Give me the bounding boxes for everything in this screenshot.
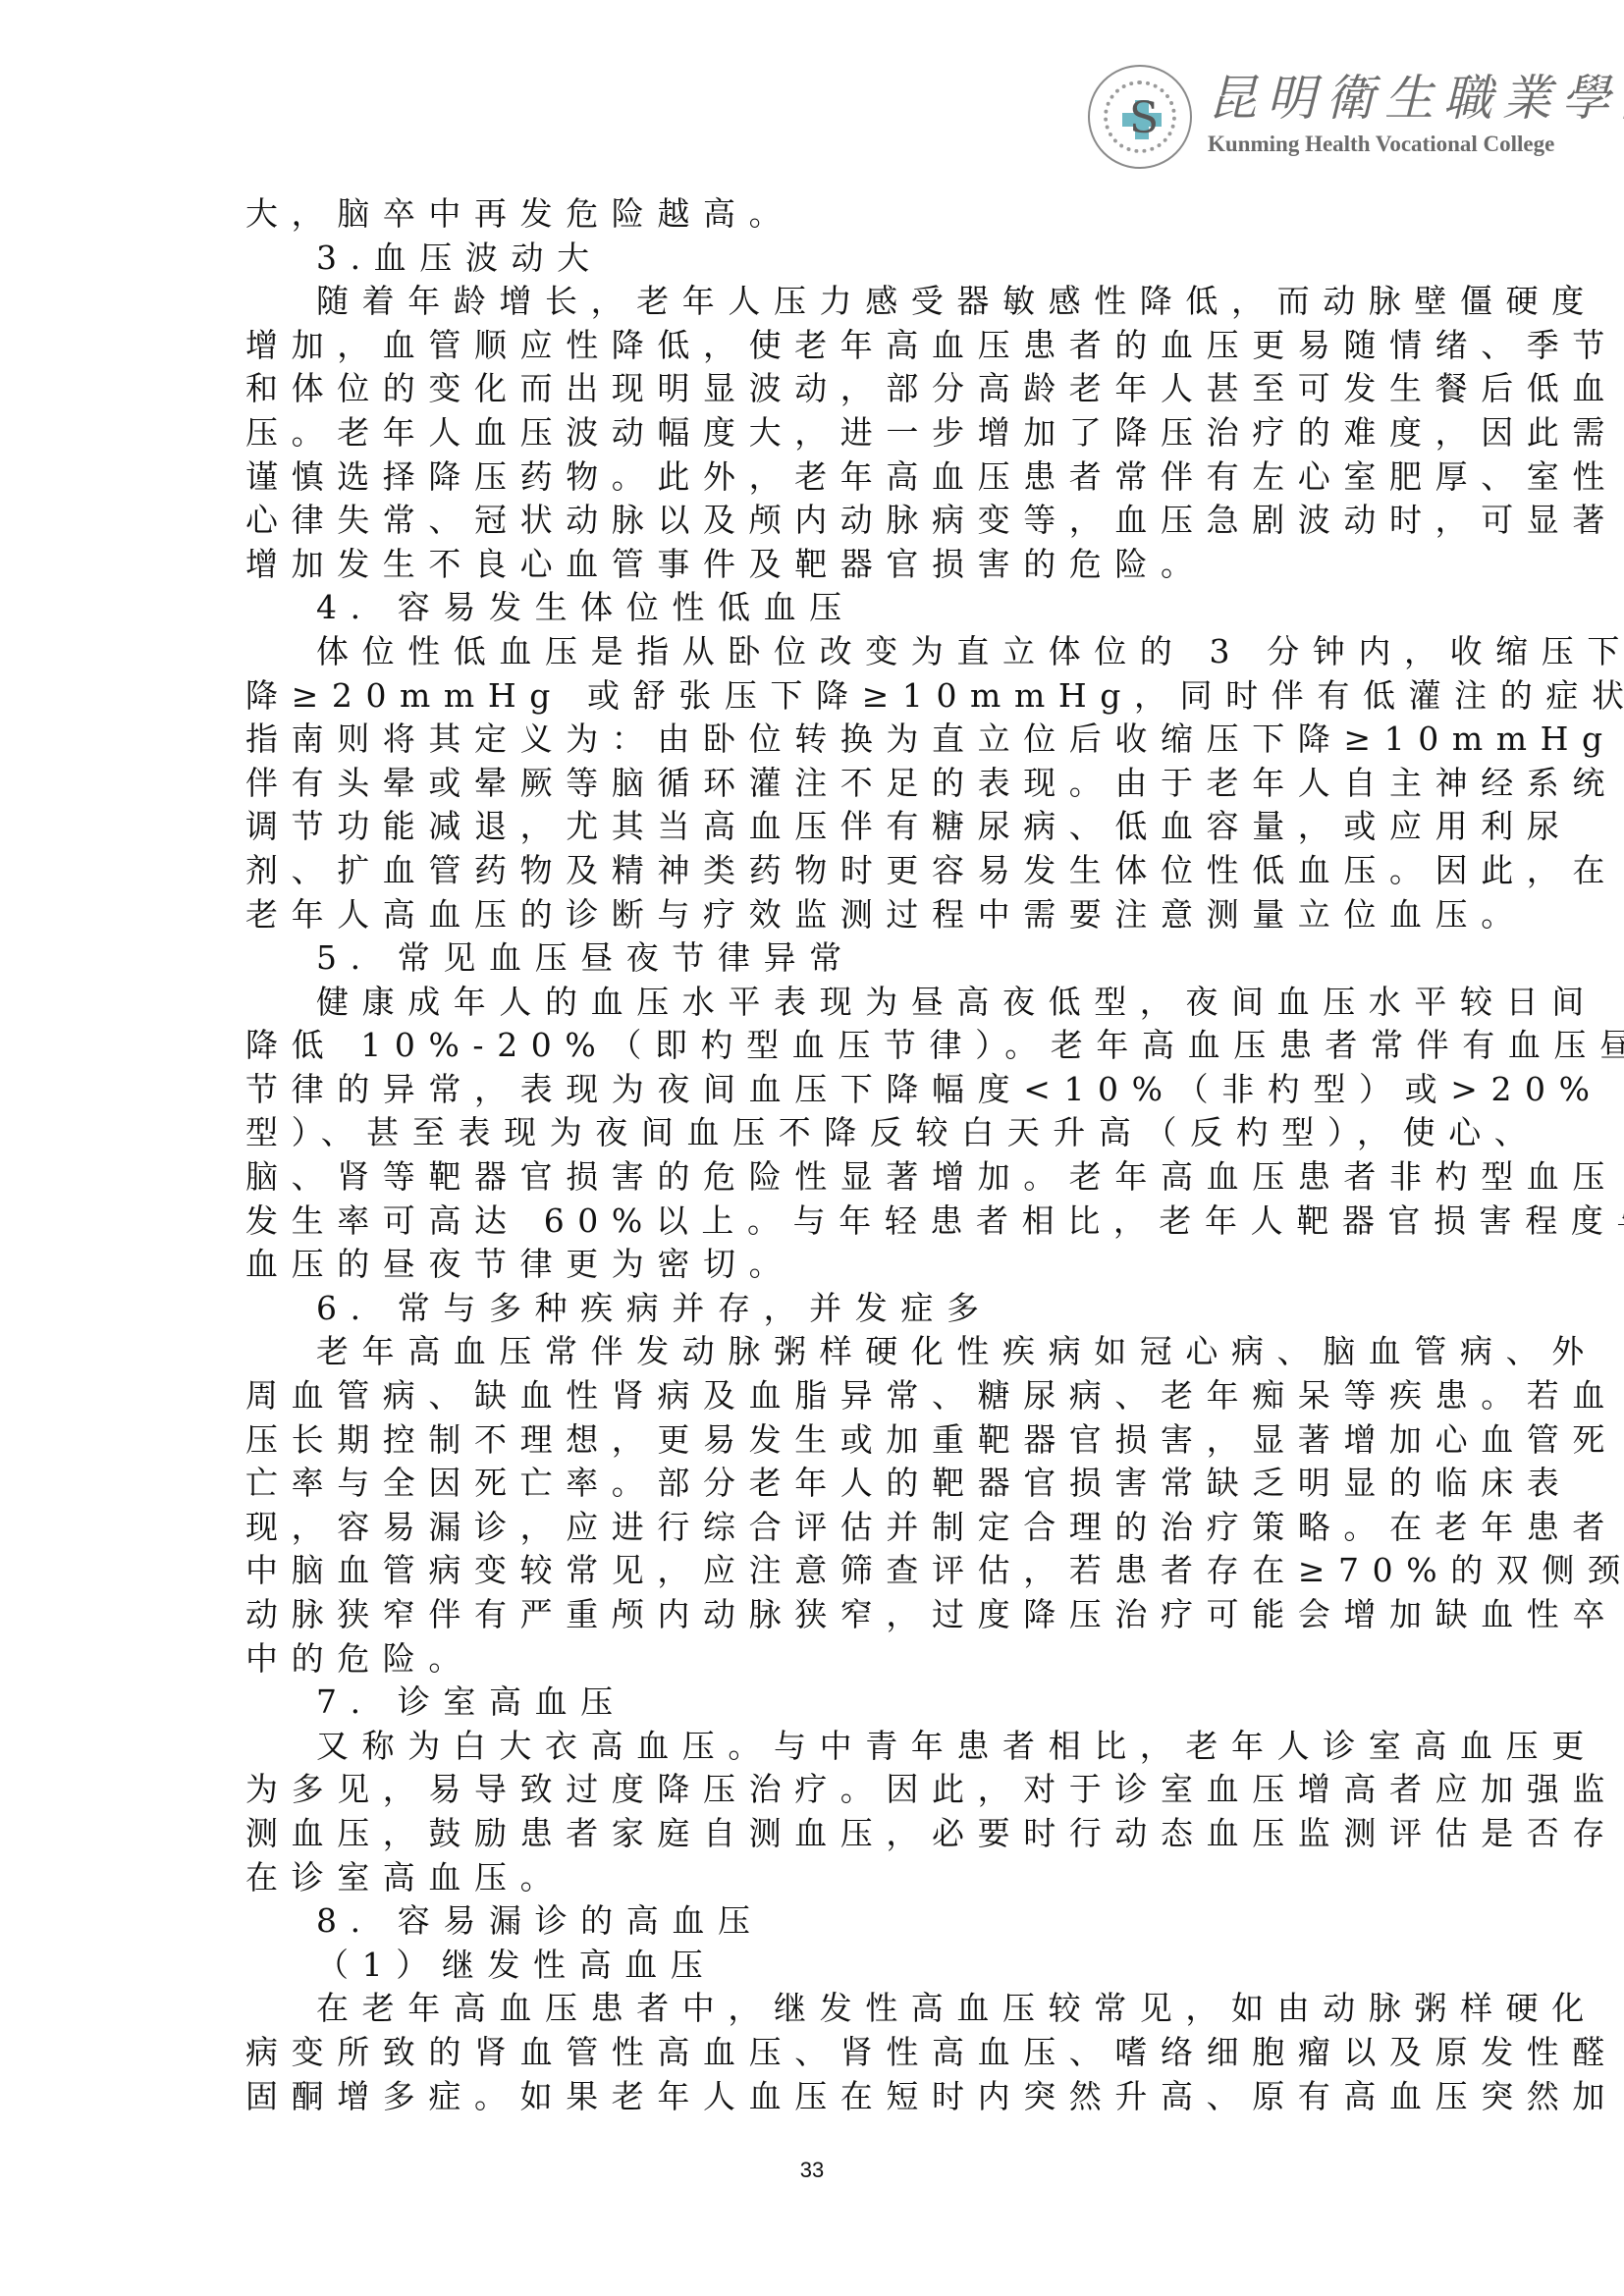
text-line: 中的危险。 [245, 1637, 1370, 1682]
text-line: 压。老年人血压波动幅度大，进一步增加了降压治疗的难度，因此需 [245, 411, 1370, 455]
text-line: 8. 容易漏诊的高血压 [245, 1899, 1370, 1944]
text-line: （1）继发性高血压 [245, 1944, 1370, 1988]
text-line: 随着年龄增长，老年人压力感受器敏感性降低，而动脉壁僵硬度 [245, 280, 1370, 324]
text-line: 动脉狭窄伴有严重颅内动脉狭窄，过度降压治疗可能会增加缺血性卒 [245, 1593, 1370, 1637]
text-line: 调节功能减退，尤其当高血压伴有糖尿病、低血容量，或应用利尿 [245, 805, 1370, 849]
text-line: 型）、甚至表现为夜间血压不降反较白天升高（反杓型），使心、 [245, 1111, 1370, 1155]
text-line: 3.血压波动大 [245, 237, 1370, 281]
text-line: 节律的异常，表现为夜间血压下降幅度<10%（非杓型）或>20%（超杓 [245, 1068, 1370, 1112]
college-name-english: Kunming Health Vocational College [1208, 132, 1554, 157]
text-line: 6. 常与多种疾病并存，并发症多 [245, 1287, 1370, 1331]
text-line: 测血压，鼓励患者家庭自测血压，必要时行动态血压监测评估是否存 [245, 1812, 1370, 1856]
college-seal-icon: S [1088, 65, 1192, 169]
text-line: 体位性低血压是指从卧位改变为直立体位的 3 分钟内，收缩压下 [245, 630, 1370, 674]
text-line: 又称为白大衣高血压。与中青年患者相比，老年人诊室高血压更 [245, 1725, 1370, 1769]
text-line: 谨慎选择降压药物。此外，老年高血压患者常伴有左心室肥厚、室性 [245, 455, 1370, 500]
text-line: 伴有头晕或晕厥等脑循环灌注不足的表现。由于老年人自主神经系统 [245, 762, 1370, 806]
text-line: 发生率可高达 60%以上。与年轻患者相比，老年人靶器官损害程度与 [245, 1200, 1370, 1244]
text-line: 周血管病、缺血性肾病及血脂异常、糖尿病、老年痴呆等疾患。若血 [245, 1374, 1370, 1418]
text-line: 降低 10%-20%（即杓型血压节律）。老年高血压患者常伴有血压昼夜 [245, 1024, 1370, 1068]
text-line: 大，脑卒中再发危险越高。 [245, 192, 1370, 237]
text-line: 在老年高血压患者中，继发性高血压较常见，如由动脉粥样硬化 [245, 1987, 1370, 2031]
text-line: 降≥20mmHg 或舒张压下降≥10mmHg，同时伴有低灌注的症状。JNC-7 [245, 674, 1370, 719]
text-line: 脑、肾等靶器官损害的危险性显著增加。老年高血压患者非杓型血压 [245, 1155, 1370, 1200]
text-line: 指南则将其定义为：由卧位转换为直立位后收缩压下降≥10mmHg 且 [245, 718, 1370, 762]
text-line: 剂、扩血管药物及精神类药物时更容易发生体位性低血压。因此，在 [245, 849, 1370, 893]
college-name-chinese: 昆明衛生職業學院 [1208, 69, 1624, 128]
text-line: 血压的昼夜节律更为密切。 [245, 1243, 1370, 1287]
text-line: 和体位的变化而出现明显波动，部分高龄老年人甚至可发生餐后低血 [245, 367, 1370, 411]
text-line: 心律失常、冠状动脉以及颅内动脉病变等，血压急剧波动时，可显著 [245, 499, 1370, 543]
text-line: 老年人高血压的诊断与疗效监测过程中需要注意测量立位血压。 [245, 893, 1370, 937]
dragon-s-icon: S [1129, 94, 1155, 143]
text-line: 病变所致的肾血管性高血压、肾性高血压、嗜络细胞瘤以及原发性醛 [245, 2031, 1370, 2075]
college-logo: S 昆明衛生職業學院 Kunming Health Vocational Col… [1088, 65, 1559, 173]
text-line: 压长期控制不理想，更易发生或加重靶器官损害，显著增加心血管死 [245, 1418, 1370, 1463]
text-line: 5. 常见血压昼夜节律异常 [245, 936, 1370, 981]
document-body: 大，脑卒中再发危险越高。3.血压波动大随着年龄增长，老年人压力感受器敏感性降低，… [245, 192, 1370, 2118]
text-line: 老年高血压常伴发动脉粥样硬化性疾病如冠心病、脑血管病、外 [245, 1330, 1370, 1374]
page-number: 33 [0, 2158, 1624, 2183]
text-line: 健康成年人的血压水平表现为昼高夜低型，夜间血压水平较日间 [245, 981, 1370, 1025]
text-line: 增加发生不良心血管事件及靶器官损害的危险。 [245, 543, 1370, 587]
text-line: 在诊室高血压。 [245, 1856, 1370, 1900]
text-line: 亡率与全因死亡率。部分老年人的靶器官损害常缺乏明显的临床表 [245, 1462, 1370, 1506]
text-line: 中脑血管病变较常见，应注意筛查评估，若患者存在≥70%的双侧颈 [245, 1549, 1370, 1593]
text-line: 现，容易漏诊，应进行综合评估并制定合理的治疗策略。在老年患者 [245, 1506, 1370, 1550]
text-line: 固酮增多症。如果老年人血压在短时内突然升高、原有高血压突然加 [245, 2075, 1370, 2119]
text-line: 为多见，易导致过度降压治疗。因此，对于诊室血压增高者应加强监 [245, 1768, 1370, 1812]
text-line: 增加，血管顺应性降低，使老年高血压患者的血压更易随情绪、季节 [245, 324, 1370, 368]
text-line: 7. 诊室高血压 [245, 1681, 1370, 1725]
text-line: 4. 容易发生体位性低血压 [245, 586, 1370, 630]
